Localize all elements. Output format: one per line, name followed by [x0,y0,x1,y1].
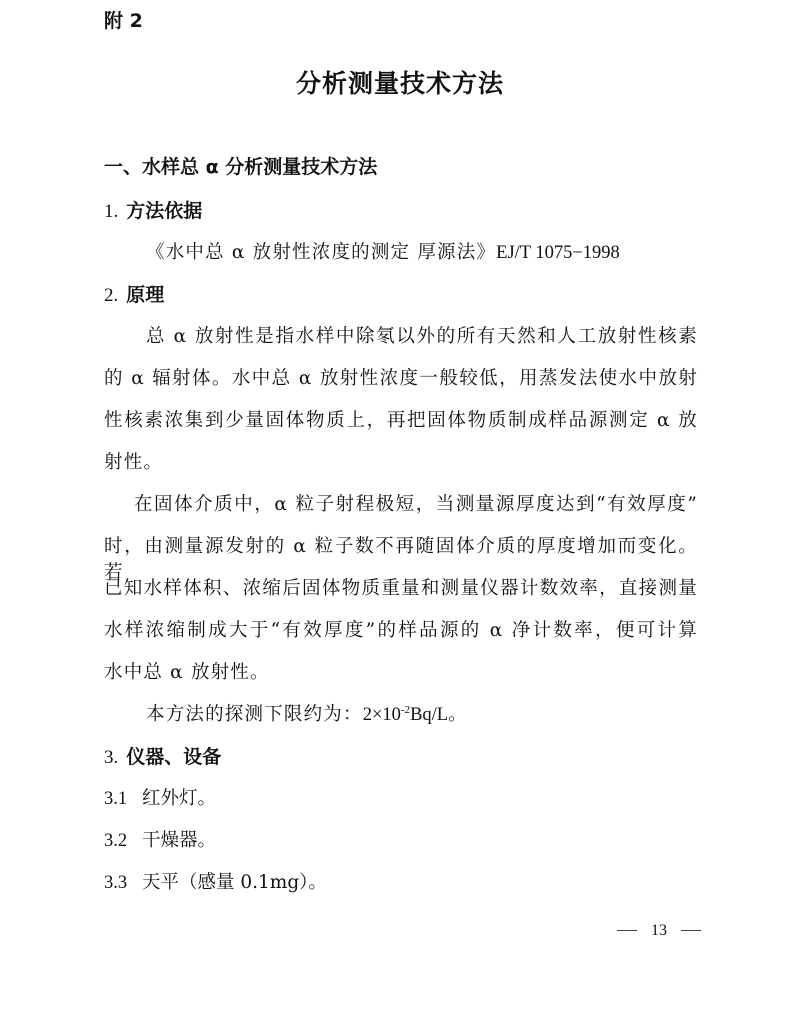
principle-para1-line2: 的 α 辐射体。水中总 α 放射性浓度一般较低，用蒸发法使水中放射 [104,364,698,390]
subsection-number: 2. [104,285,118,306]
detection-limit-label: 本方法的探测下限约为： [146,704,363,725]
subsection-label: 方法依据 [126,200,202,222]
appendix-label: 附 2 [104,6,143,33]
item-text: 干燥器。 [142,830,216,851]
equipment-item: 3.3天平（感量 0.1mg）。 [104,868,327,894]
principle-para2-line1: 在固体介质中，α 粒子射程极短，当测量源厚度达到“有效厚度” [134,490,698,516]
dash-left [617,930,637,932]
standard-title: 《水中总 α 放射性浓度的测定 厚源法》 [146,242,496,263]
principle-para1-line1: 总 α 放射性是指水样中除氡以外的所有天然和人工放射性核素 [146,322,698,348]
subsection-3-heading: 3.仪器、设备 [104,742,221,769]
item-text: 红外灯。 [142,788,216,809]
page-number: 13 [651,922,667,939]
item-number: 3.1 [104,789,136,810]
subsection-number: 3. [104,747,118,768]
principle-para2-line5: 水中总 α 放射性。 [104,658,698,684]
principle-para1-line3: 性核素浓集到少量固体物质上，再把固体物质制成样品源测定 α 放 [104,406,698,432]
detection-limit-exponent: -2 [401,704,410,716]
standard-code: EJ/T 1075−1998 [496,243,620,263]
item-number: 3.2 [104,831,136,852]
subsection-1-heading: 1.方法依据 [104,196,202,223]
subsection-label: 仪器、设备 [126,746,221,768]
detection-limit: 本方法的探测下限约为：2×10-2Bq/L。 [146,700,740,726]
detection-limit-value: 2×10 [363,705,401,725]
detection-limit-unit: Bq/L。 [410,705,467,725]
dash-right [681,930,701,932]
principle-para2-line3: 已知水样体积、浓缩后固体物质重量和测量仪器计数效率，直接测量 [104,574,698,600]
item-text: 天平（感量 0.1mg）。 [142,872,327,893]
subsection-2-heading: 2.原理 [104,280,164,307]
equipment-item: 3.2干燥器。 [104,826,216,852]
item-number: 3.3 [104,873,136,894]
method-basis-text: 《水中总 α 放射性浓度的测定 厚源法》EJ/T 1075−1998 [146,238,740,264]
subsection-number: 1. [104,201,118,222]
equipment-item: 3.1红外灯。 [104,784,216,810]
section-heading: 一、水样总 α 分析测量技术方法 [104,152,377,179]
principle-para1-line4: 射性。 [104,448,698,474]
principle-para2-line4: 水样浓缩制成大于“有效厚度”的样品源的 α 净计数率，便可计算 [104,616,698,642]
subsection-label: 原理 [126,284,164,306]
page-title: 分析测量技术方法 [0,64,800,100]
page-footer: 13 [617,920,701,940]
